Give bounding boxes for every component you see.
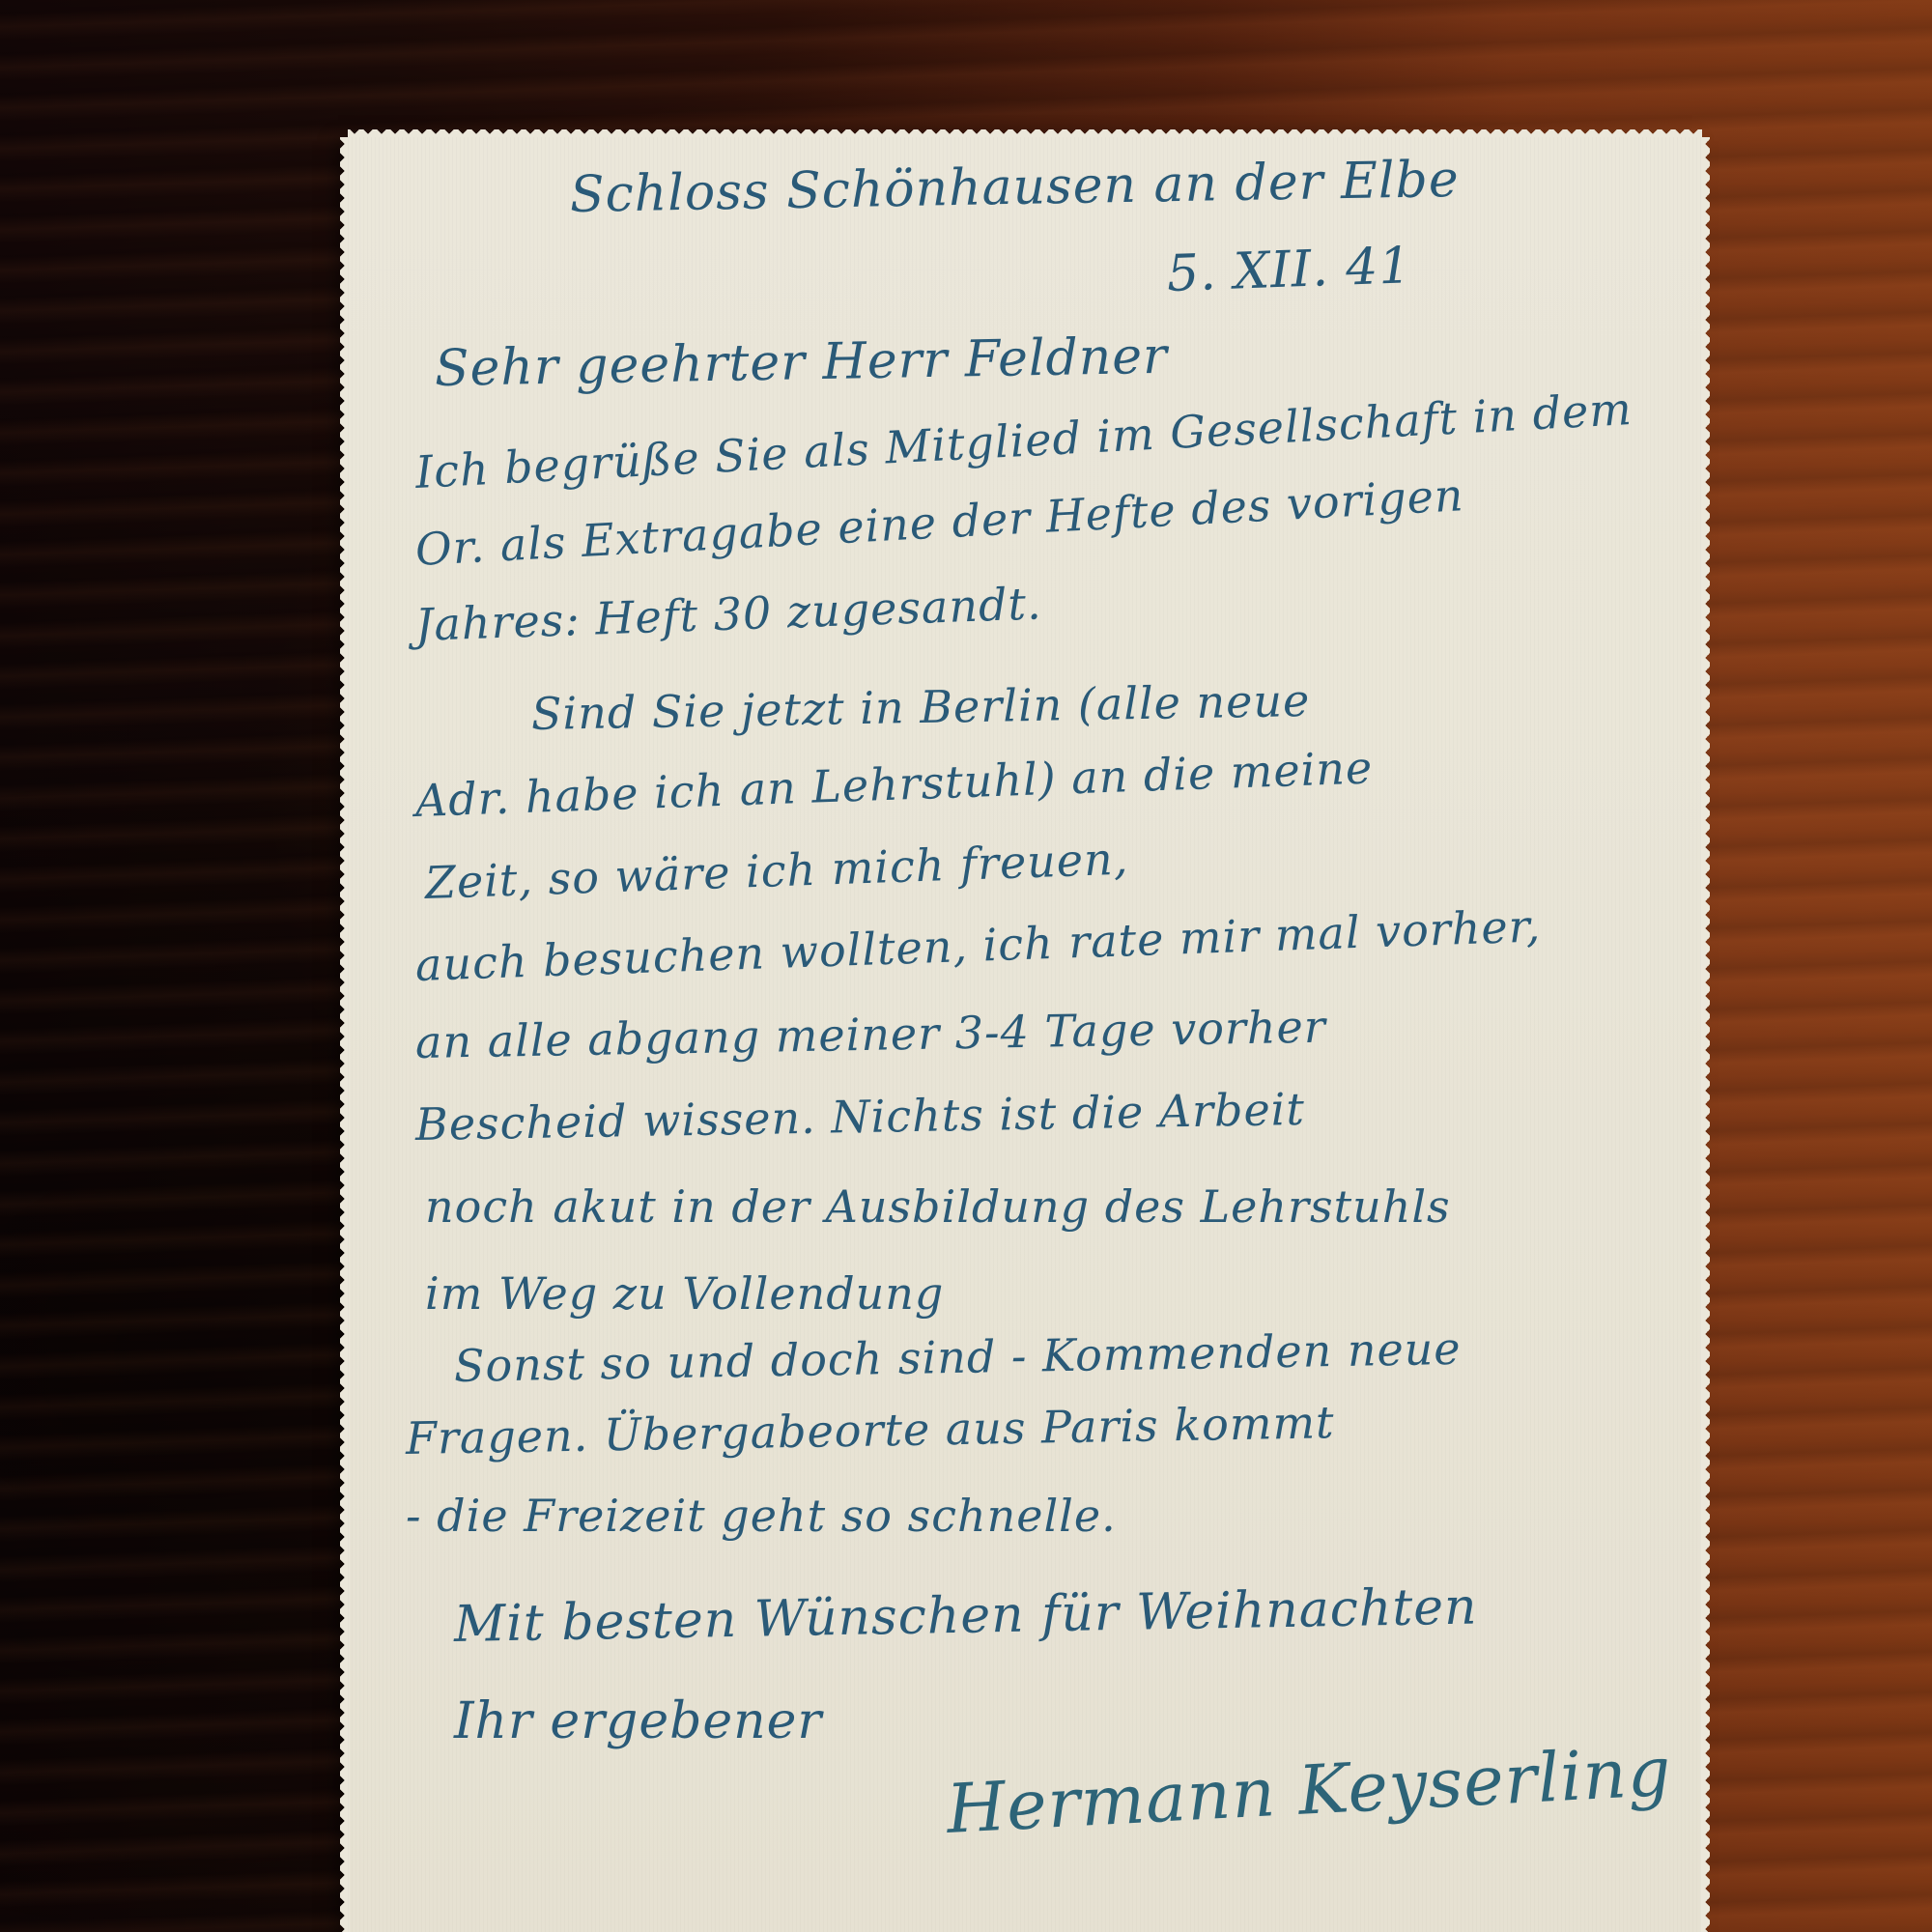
salutation: Sehr geehrter Herr Feldner	[434, 327, 1168, 398]
pinked-edge-left	[340, 137, 350, 1932]
body-line: - die Freizeit geht so schnelle.	[406, 1490, 1117, 1542]
body-line: im Weg zu Vollendung	[425, 1267, 944, 1320]
letter-date: 5. XII. 41	[1166, 237, 1412, 303]
body-line: Bescheid wissen. Nichts ist die Arbeit	[415, 1083, 1306, 1151]
body-line: Adr. habe ich an Lehrstuhl) an die meine	[414, 741, 1374, 827]
pinked-edge-top	[348, 129, 1702, 139]
signature: Hermann Keyserling	[945, 1732, 1674, 1849]
body-line: an alle abgang meiner 3-4 Tage vorher	[415, 1001, 1327, 1068]
body-line: Fragen. Übergabeorte aus Paris kommt	[406, 1396, 1335, 1464]
letter-card: Schloss Schönhausen an der Elbe 5. XII. …	[348, 137, 1702, 1932]
body-line: Zeit, so wäre ich mich freuen,	[424, 833, 1129, 909]
closing-line: Mit besten Wünschen für Weihnachten	[453, 1578, 1478, 1654]
letter-place: Schloss Schönhausen an der Elbe	[569, 151, 1460, 224]
closing-line: Ihr ergebener	[454, 1692, 822, 1750]
body-line: Jahres: Heft 30 zugesandt.	[414, 577, 1042, 651]
pinked-edge-right	[1700, 137, 1710, 1932]
body-line: Sonst so und doch sind - Kommenden neue	[454, 1322, 1462, 1392]
body-line: Sind Sie jetzt in Berlin (alle neue	[531, 674, 1311, 740]
body-line: auch besuchen wollten, ich rate mir mal …	[414, 899, 1542, 991]
body-line: noch akut in der Ausbildung des Lehrstuh…	[425, 1180, 1451, 1233]
